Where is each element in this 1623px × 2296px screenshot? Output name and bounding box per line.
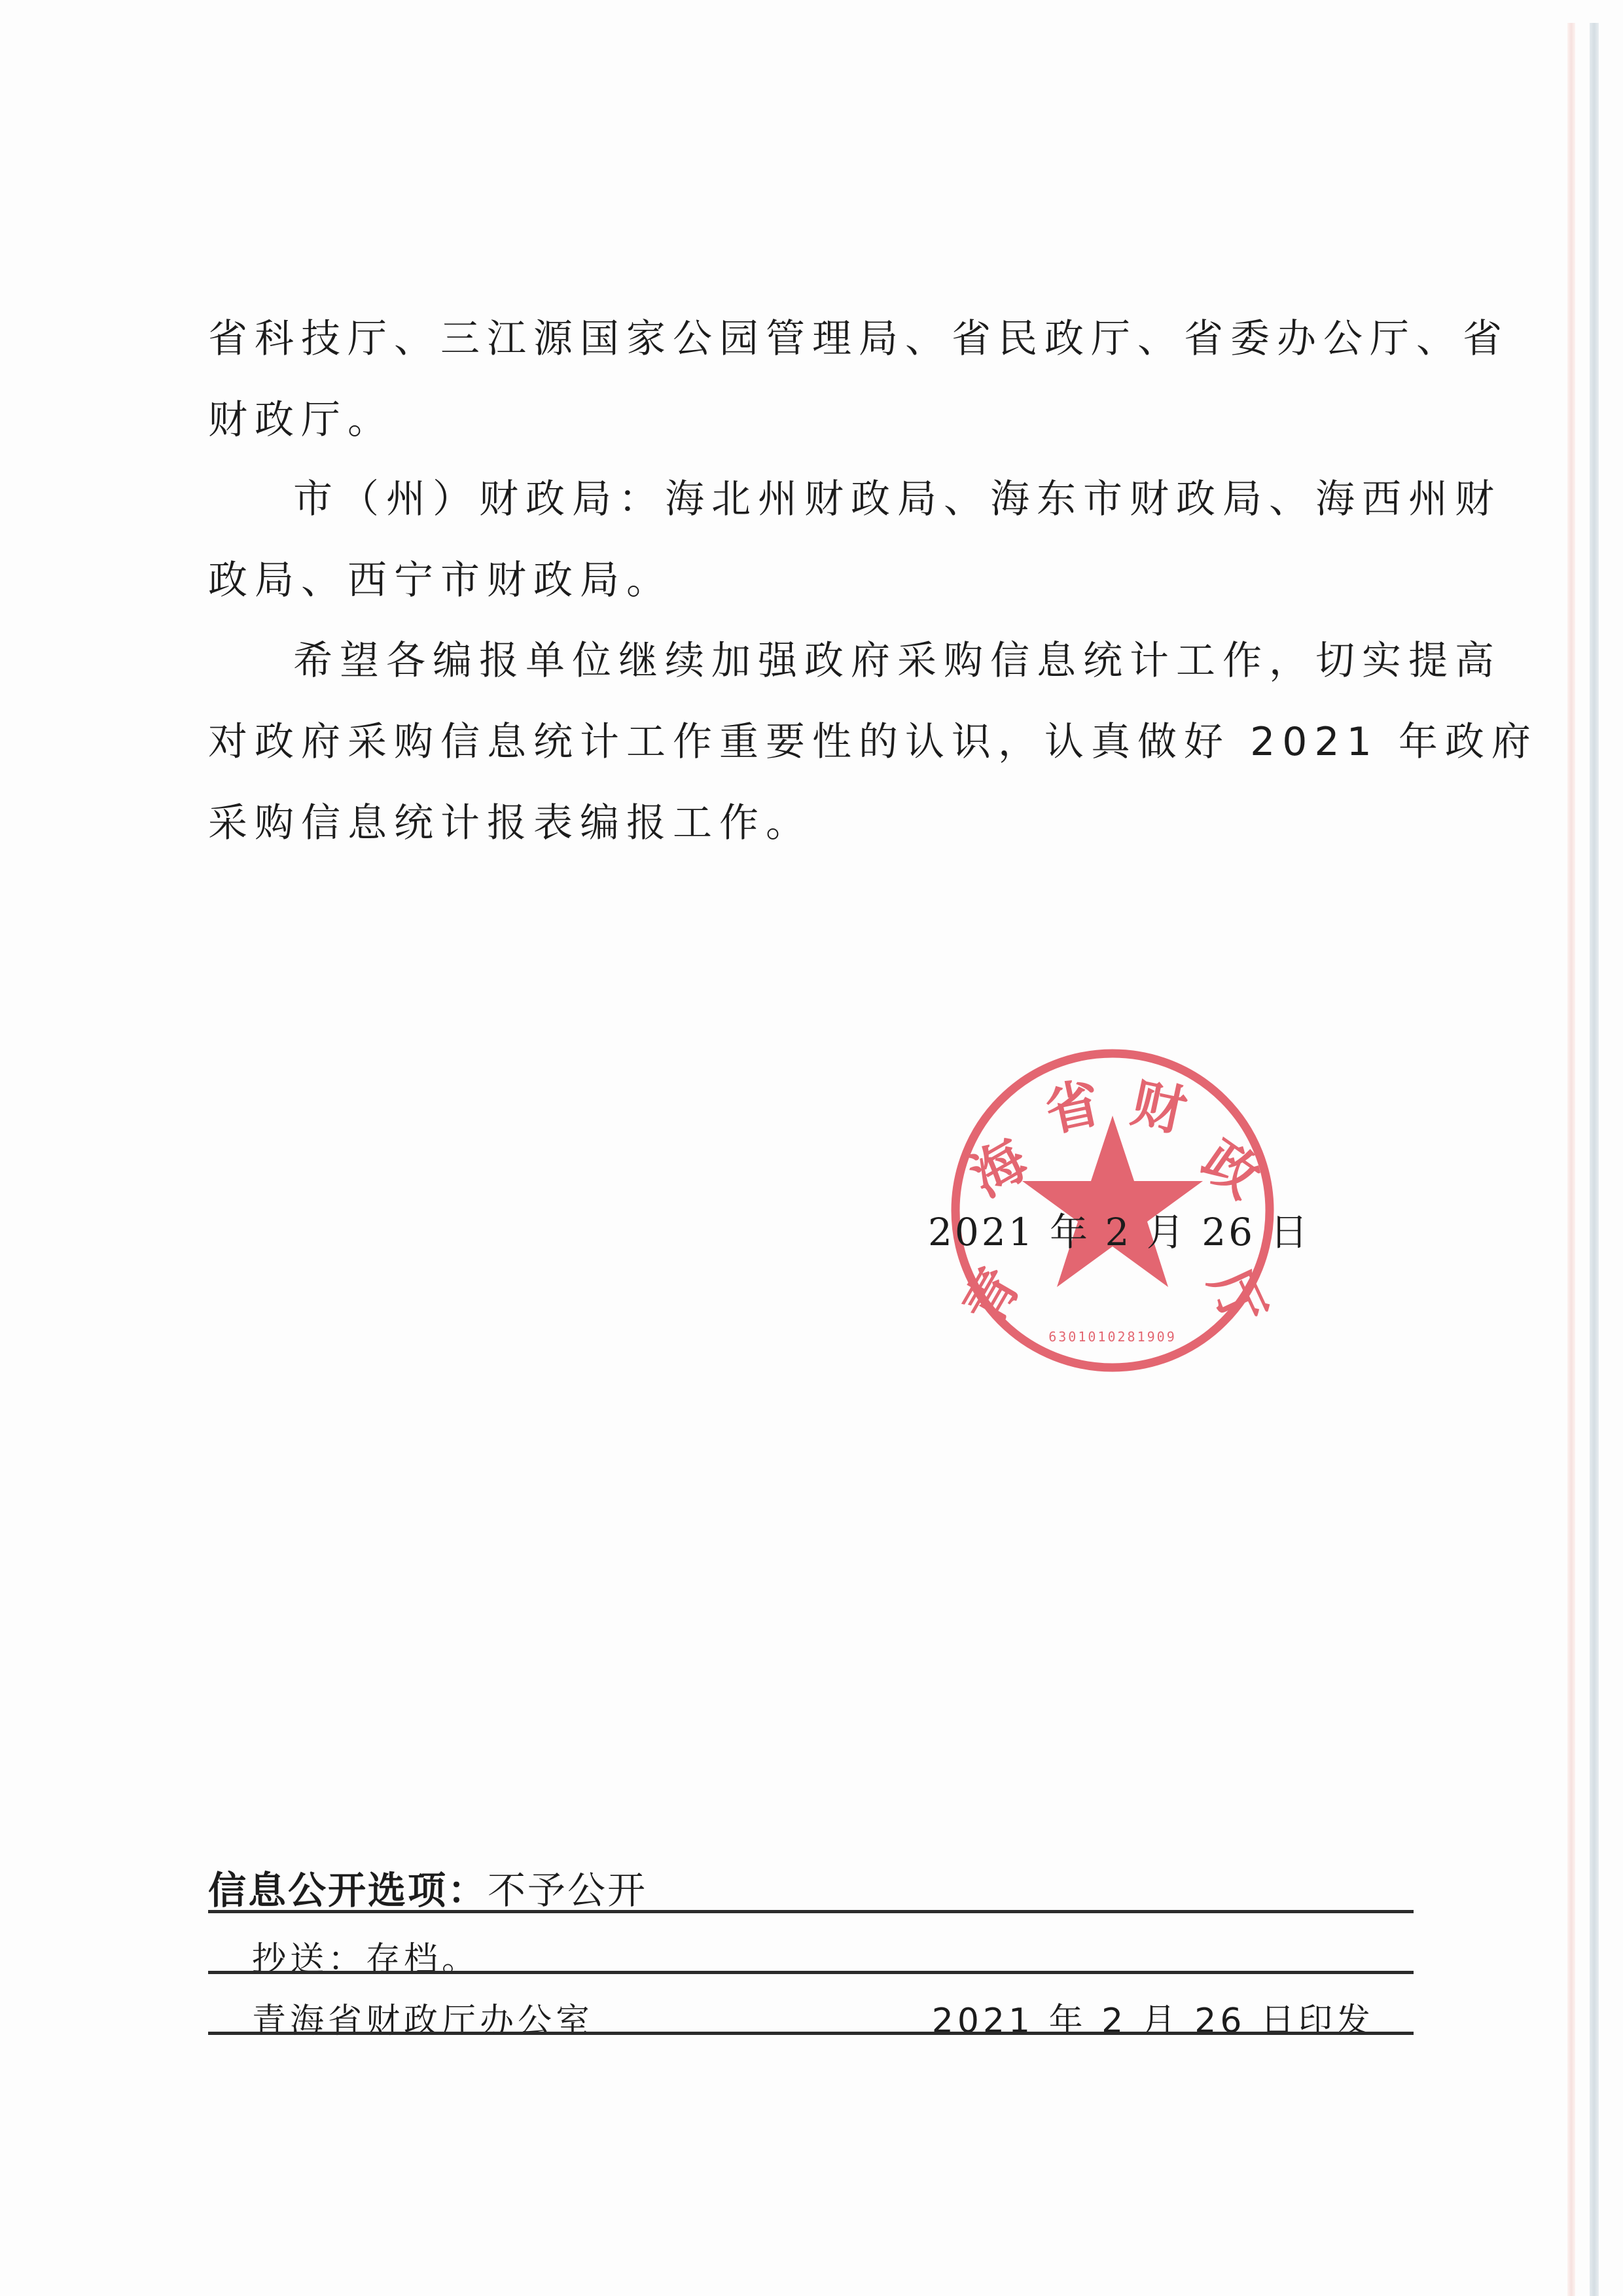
paragraph-1-line-1: 省科技厅、三江源国家公园管理局、省民政厅、省委办公厅、省 [208, 319, 1425, 359]
seal-char-6: 厅 [1198, 1260, 1277, 1335]
disclosure-label: 信息公开选项： [208, 1868, 488, 1913]
paragraph-3-line-3: 采购信息统计报表编报工作。 [208, 804, 1425, 843]
seal-code: 6301010281909 [1048, 1329, 1177, 1345]
binding-strip [1567, 23, 1600, 2296]
seal-char-3: 省 [1040, 1072, 1105, 1144]
disclosure-option: 信息公开选项：不予公开 [208, 1860, 647, 1915]
paragraph-2-line-2: 政局、西宁市财政局。 [208, 561, 1425, 600]
paragraph-3-line-1: 希望各编报单位继续加强政府采购信息统计工作，切实提高 [208, 641, 1510, 680]
document-page: 省科技厅、三江源国家公园管理局、省民政厅、省委办公厅、省 财政厅。 市（州）财政… [0, 0, 1623, 2296]
seal-char-5: 政 [1191, 1129, 1271, 1210]
paragraph-2-line-1: 市（州）财政局：海北州财政局、海东市财政局、海西州财 [208, 480, 1510, 519]
footer-rule-top [208, 1910, 1414, 1913]
binding-strip-pink [1567, 23, 1575, 2296]
signature-date: 2021 年 2 月 26 日 [928, 1201, 1311, 1256]
paragraph-3-line-2: 对政府采购信息统计工作重要性的认识，认真做好 2021 年政府 [208, 722, 1425, 762]
footer-rule-bottom [208, 2032, 1414, 2035]
seal-char-4: 财 [1126, 1072, 1192, 1144]
binding-strip-gray [1590, 23, 1599, 2296]
footer-rule-middle [208, 1971, 1414, 1974]
paragraph-1-line-2: 财政厅。 [208, 400, 1425, 440]
disclosure-value: 不予公开 [488, 1868, 647, 1913]
